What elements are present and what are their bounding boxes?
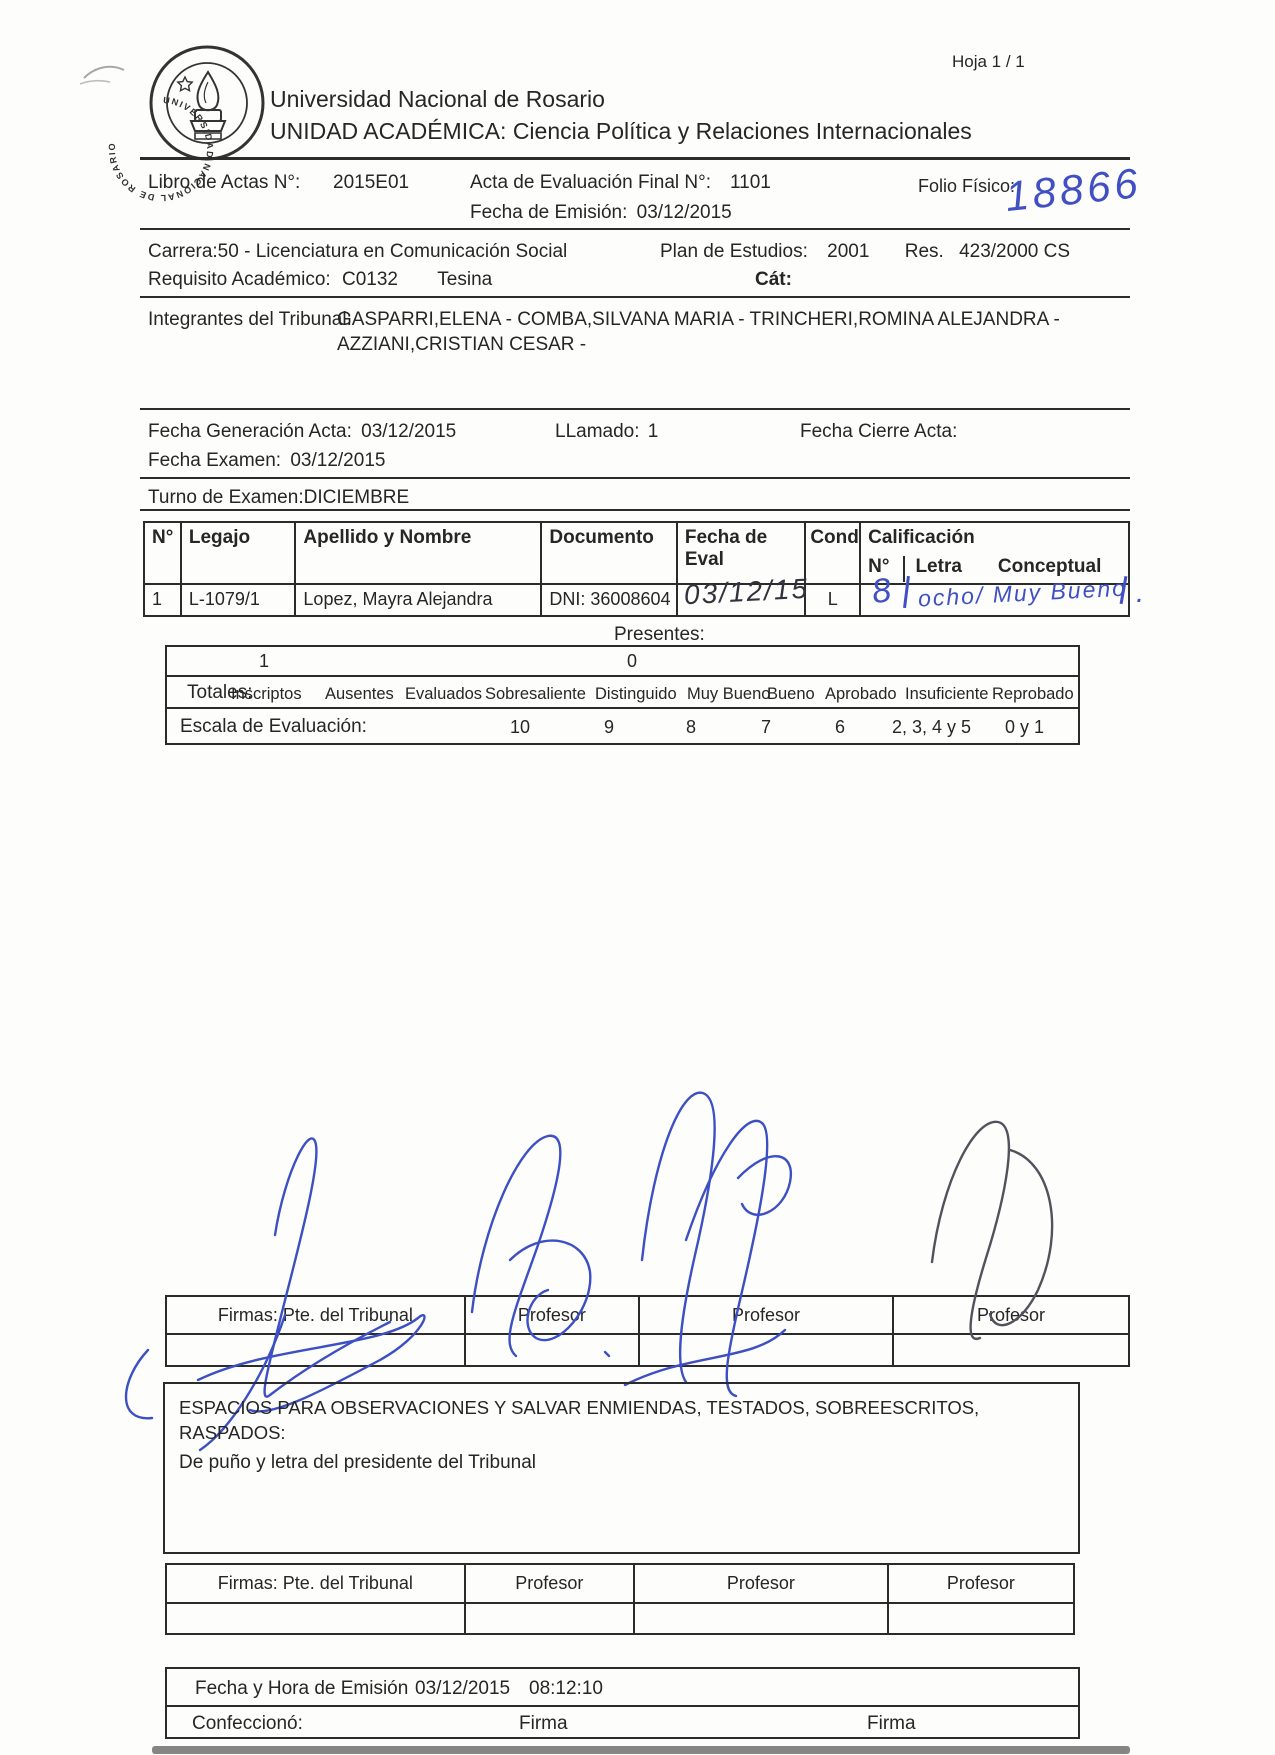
subcol-header-conceptual: Conceptual — [998, 556, 1101, 578]
page-indicator: Hoja 1 / 1 — [952, 52, 1025, 72]
total-col-bueno: Bueno — [767, 685, 815, 704]
fecha-emision-label: Fecha de Emisión: — [470, 202, 627, 223]
llamado: LLamado: 1 — [555, 421, 658, 443]
fecha-emision: Fecha de Emisión: 03/12/2015 — [470, 202, 732, 224]
cell-nombre: Lopez, Mayra Alejandra — [296, 585, 542, 615]
escala-value-7: 7 — [761, 717, 771, 738]
escala-value-6: 6 — [835, 717, 845, 738]
plan-estudios: Plan de Estudios: 2001 Res. 423/2000 CS — [660, 241, 1070, 263]
escala-label: Escala de Evaluación: — [180, 716, 367, 738]
academic-unit-title: UNIDAD ACADÉMICA: Ciencia Política y Rel… — [270, 118, 972, 145]
firmas2-prof1-space — [466, 1604, 635, 1633]
firmas1-prof3-space — [894, 1335, 1128, 1365]
escala-row: Escala de Evaluación: 10 9 8 7 6 2, 3, 4… — [167, 709, 1078, 743]
escala-value-9: 9 — [604, 717, 614, 738]
llamado-label: LLamado: — [555, 421, 640, 442]
emision-datetime-label: Fecha y Hora de Emisión — [195, 1678, 408, 1700]
firmas1-prof3-label: Profesor — [894, 1297, 1128, 1333]
firma-label-2: Firma — [867, 1713, 916, 1735]
pencil-scratch-mark — [78, 58, 148, 92]
totales-labels-row: Totales: Inscriptos Ausentes Evaluados S… — [167, 677, 1078, 709]
total-col-distinguido: Distinguido — [595, 685, 677, 704]
catedra-label: Cát: — [755, 269, 792, 291]
cell-cond: L — [806, 585, 861, 615]
col-header-legajo: Legajo — [182, 523, 297, 583]
firmas2-pte-label: Firmas: Pte. del Tribunal — [167, 1565, 466, 1602]
divider-header — [140, 157, 1130, 160]
fecha-examen-value: 03/12/2015 — [290, 450, 385, 471]
emision-time-value: 08:12:10 — [529, 1678, 603, 1700]
presentes-value-left: 1 — [259, 651, 269, 672]
totales-box: 1 0 Totales: Inscriptos Ausentes Evaluad… — [165, 645, 1080, 745]
divider-turno — [140, 509, 1130, 511]
escala-value-8: 8 — [686, 717, 696, 738]
cell-documento: DNI: 36008604 — [542, 585, 677, 615]
firmas1-prof1-label: Profesor — [466, 1297, 640, 1333]
divider-fechas — [140, 477, 1130, 479]
confecciono-label: Confeccionó: — [192, 1713, 303, 1735]
firmas2-prof2-space — [635, 1604, 889, 1633]
turno-examen-value: DICIEMBRE — [304, 487, 410, 508]
requisito-codigo: C0132 — [342, 269, 398, 290]
total-col-sobresaliente: Sobresaliente — [485, 685, 586, 704]
tribunal-names-line2: AZZIANI,CRISTIAN CESAR - — [337, 334, 586, 356]
acta-numero-label: Acta de Evaluación Final N°: — [470, 172, 711, 194]
handwritten-fecha-eval: 03/12/15 — [683, 573, 810, 611]
col-header-documento: Documento — [542, 523, 677, 583]
requisito-label: Requisito Académico: — [148, 269, 331, 290]
fecha-cierre-label: Fecha Cierre Acta: — [800, 421, 957, 443]
firmas2-prof3-space — [889, 1604, 1073, 1633]
fecha-generacion: Fecha Generación Acta: 03/12/2015 — [148, 421, 456, 443]
presentes-values-row: 1 0 — [167, 647, 1078, 677]
fecha-examen-label: Fecha Examen: — [148, 450, 281, 471]
firmas-table-1: Firmas: Pte. del Tribunal Profesor Profe… — [165, 1295, 1130, 1367]
tribunal-label: Integrantes del Tribunal: — [148, 309, 352, 331]
fecha-emision-value: 03/12/2015 — [637, 202, 732, 223]
seal-star-icon — [178, 77, 192, 91]
students-table-header: N° Legajo Apellido y Nombre Documento Fe… — [145, 523, 1128, 583]
total-col-reprobado: Reprobado — [992, 685, 1074, 704]
firma-label-1: Firma — [519, 1713, 568, 1735]
firmas2-pte-space — [167, 1604, 466, 1633]
firmas2-prof1-label: Profesor — [466, 1565, 635, 1602]
llamado-value: 1 — [648, 421, 659, 442]
firmas1-pte-label: Firmas: Pte. del Tribunal — [167, 1297, 466, 1333]
plan-estudios-value: 2001 — [827, 241, 869, 262]
divider-acta — [140, 228, 1130, 230]
resolucion-value: 423/2000 CS — [959, 241, 1070, 262]
libro-actas-value: 2015E01 — [333, 172, 409, 194]
requisito-academico: Requisito Académico: C0132 Tesina — [148, 269, 492, 291]
col-header-nro: N° — [145, 523, 182, 583]
observaciones-titulo: ESPACIOS PARA OBSERVACIONES Y SALVAR ENM… — [179, 1396, 1039, 1446]
university-seal-logo: UNIVERSIDAD NACIONAL DE ROSARIO — [146, 42, 268, 164]
firmas1-prof2-label: Profesor — [640, 1297, 894, 1333]
total-col-muy-bueno: Muy Bueno — [687, 685, 770, 704]
resolucion-label: Res. — [905, 241, 944, 262]
total-col-insuficiente: Insuficiente — [905, 685, 988, 704]
total-col-ausentes: Ausentes — [325, 685, 394, 704]
footer-emision-row: Fecha y Hora de Emisión 03/12/2015 08:12… — [167, 1669, 1078, 1707]
handwritten-period: . — [1136, 576, 1146, 610]
folio-fisico-label: Folio Físico: — [918, 176, 1015, 197]
cell-legajo: L-1079/1 — [182, 585, 297, 615]
turno-examen: Turno de Examen:DICIEMBRE — [148, 487, 409, 509]
col-header-calificacion: Calificación N° Letra Conceptual — [861, 523, 1128, 583]
university-name: Universidad Nacional de Rosario — [270, 86, 605, 113]
carrera-line: Carrera:50 - Licenciatura en Comunicació… — [148, 241, 567, 263]
total-col-evaluados: Evaluados — [405, 685, 482, 704]
subcol-header-letra: Letra — [915, 556, 961, 578]
subcol-divider — [903, 556, 905, 582]
fecha-examen: Fecha Examen: 03/12/2015 — [148, 450, 385, 472]
plan-estudios-label: Plan de Estudios: — [660, 241, 808, 262]
scan-edge-shadow — [152, 1746, 1130, 1754]
footer-box: Fecha y Hora de Emisión 03/12/2015 08:12… — [165, 1667, 1080, 1739]
divider-carrera — [140, 296, 1130, 298]
fecha-generacion-label: Fecha Generación Acta: — [148, 421, 352, 442]
divider-tribunal — [140, 408, 1130, 410]
firmas2-prof3-label: Profesor — [889, 1565, 1073, 1602]
total-col-inscriptos: Inscriptos — [231, 685, 302, 704]
acta-numero-value: 1101 — [730, 172, 771, 194]
turno-examen-label: Turno de Examen: — [148, 487, 304, 508]
footer-confecciono-row: Confeccionó: Firma Firma — [167, 1707, 1078, 1739]
col-header-cond: Cond — [806, 523, 861, 583]
total-col-aprobado: Aprobado — [825, 685, 897, 704]
requisito-nombre: Tesina — [437, 269, 492, 290]
presentes-label: Presentes: — [614, 624, 705, 646]
firmas1-prof2-space — [640, 1335, 894, 1365]
firmas1-pte-space — [167, 1335, 466, 1365]
escala-value-10: 10 — [510, 717, 530, 738]
escala-value-reprobado: 0 y 1 — [1005, 717, 1044, 738]
folio-fisico-handwritten: 18866 — [1003, 159, 1144, 221]
scanned-document-page: UNIVERSIDAD NACIONAL DE ROSARIO Universi… — [0, 0, 1275, 1755]
firmas1-prof1-space — [466, 1335, 640, 1365]
observaciones-detalle: De puño y letra del presidente del Tribu… — [179, 1452, 1064, 1474]
libro-actas-label: Libro de Actas N°: — [148, 172, 300, 194]
fecha-generacion-value: 03/12/2015 — [361, 421, 456, 442]
tribunal-names-line1: GASPARRI,ELENA - COMBA,SILVANA MARIA - T… — [337, 309, 1060, 331]
presentes-value-center: 0 — [627, 651, 637, 672]
emision-date-value: 03/12/2015 — [415, 1678, 510, 1700]
col-header-nombre: Apellido y Nombre — [296, 523, 542, 583]
cell-nro: 1 — [145, 585, 182, 615]
firmas2-prof2-label: Profesor — [635, 1565, 889, 1602]
firmas-table-2: Firmas: Pte. del Tribunal Profesor Profe… — [165, 1563, 1075, 1635]
observaciones-box: ESPACIOS PARA OBSERVACIONES Y SALVAR ENM… — [163, 1382, 1080, 1554]
escala-value-insuficiente: 2, 3, 4 y 5 — [892, 717, 971, 738]
